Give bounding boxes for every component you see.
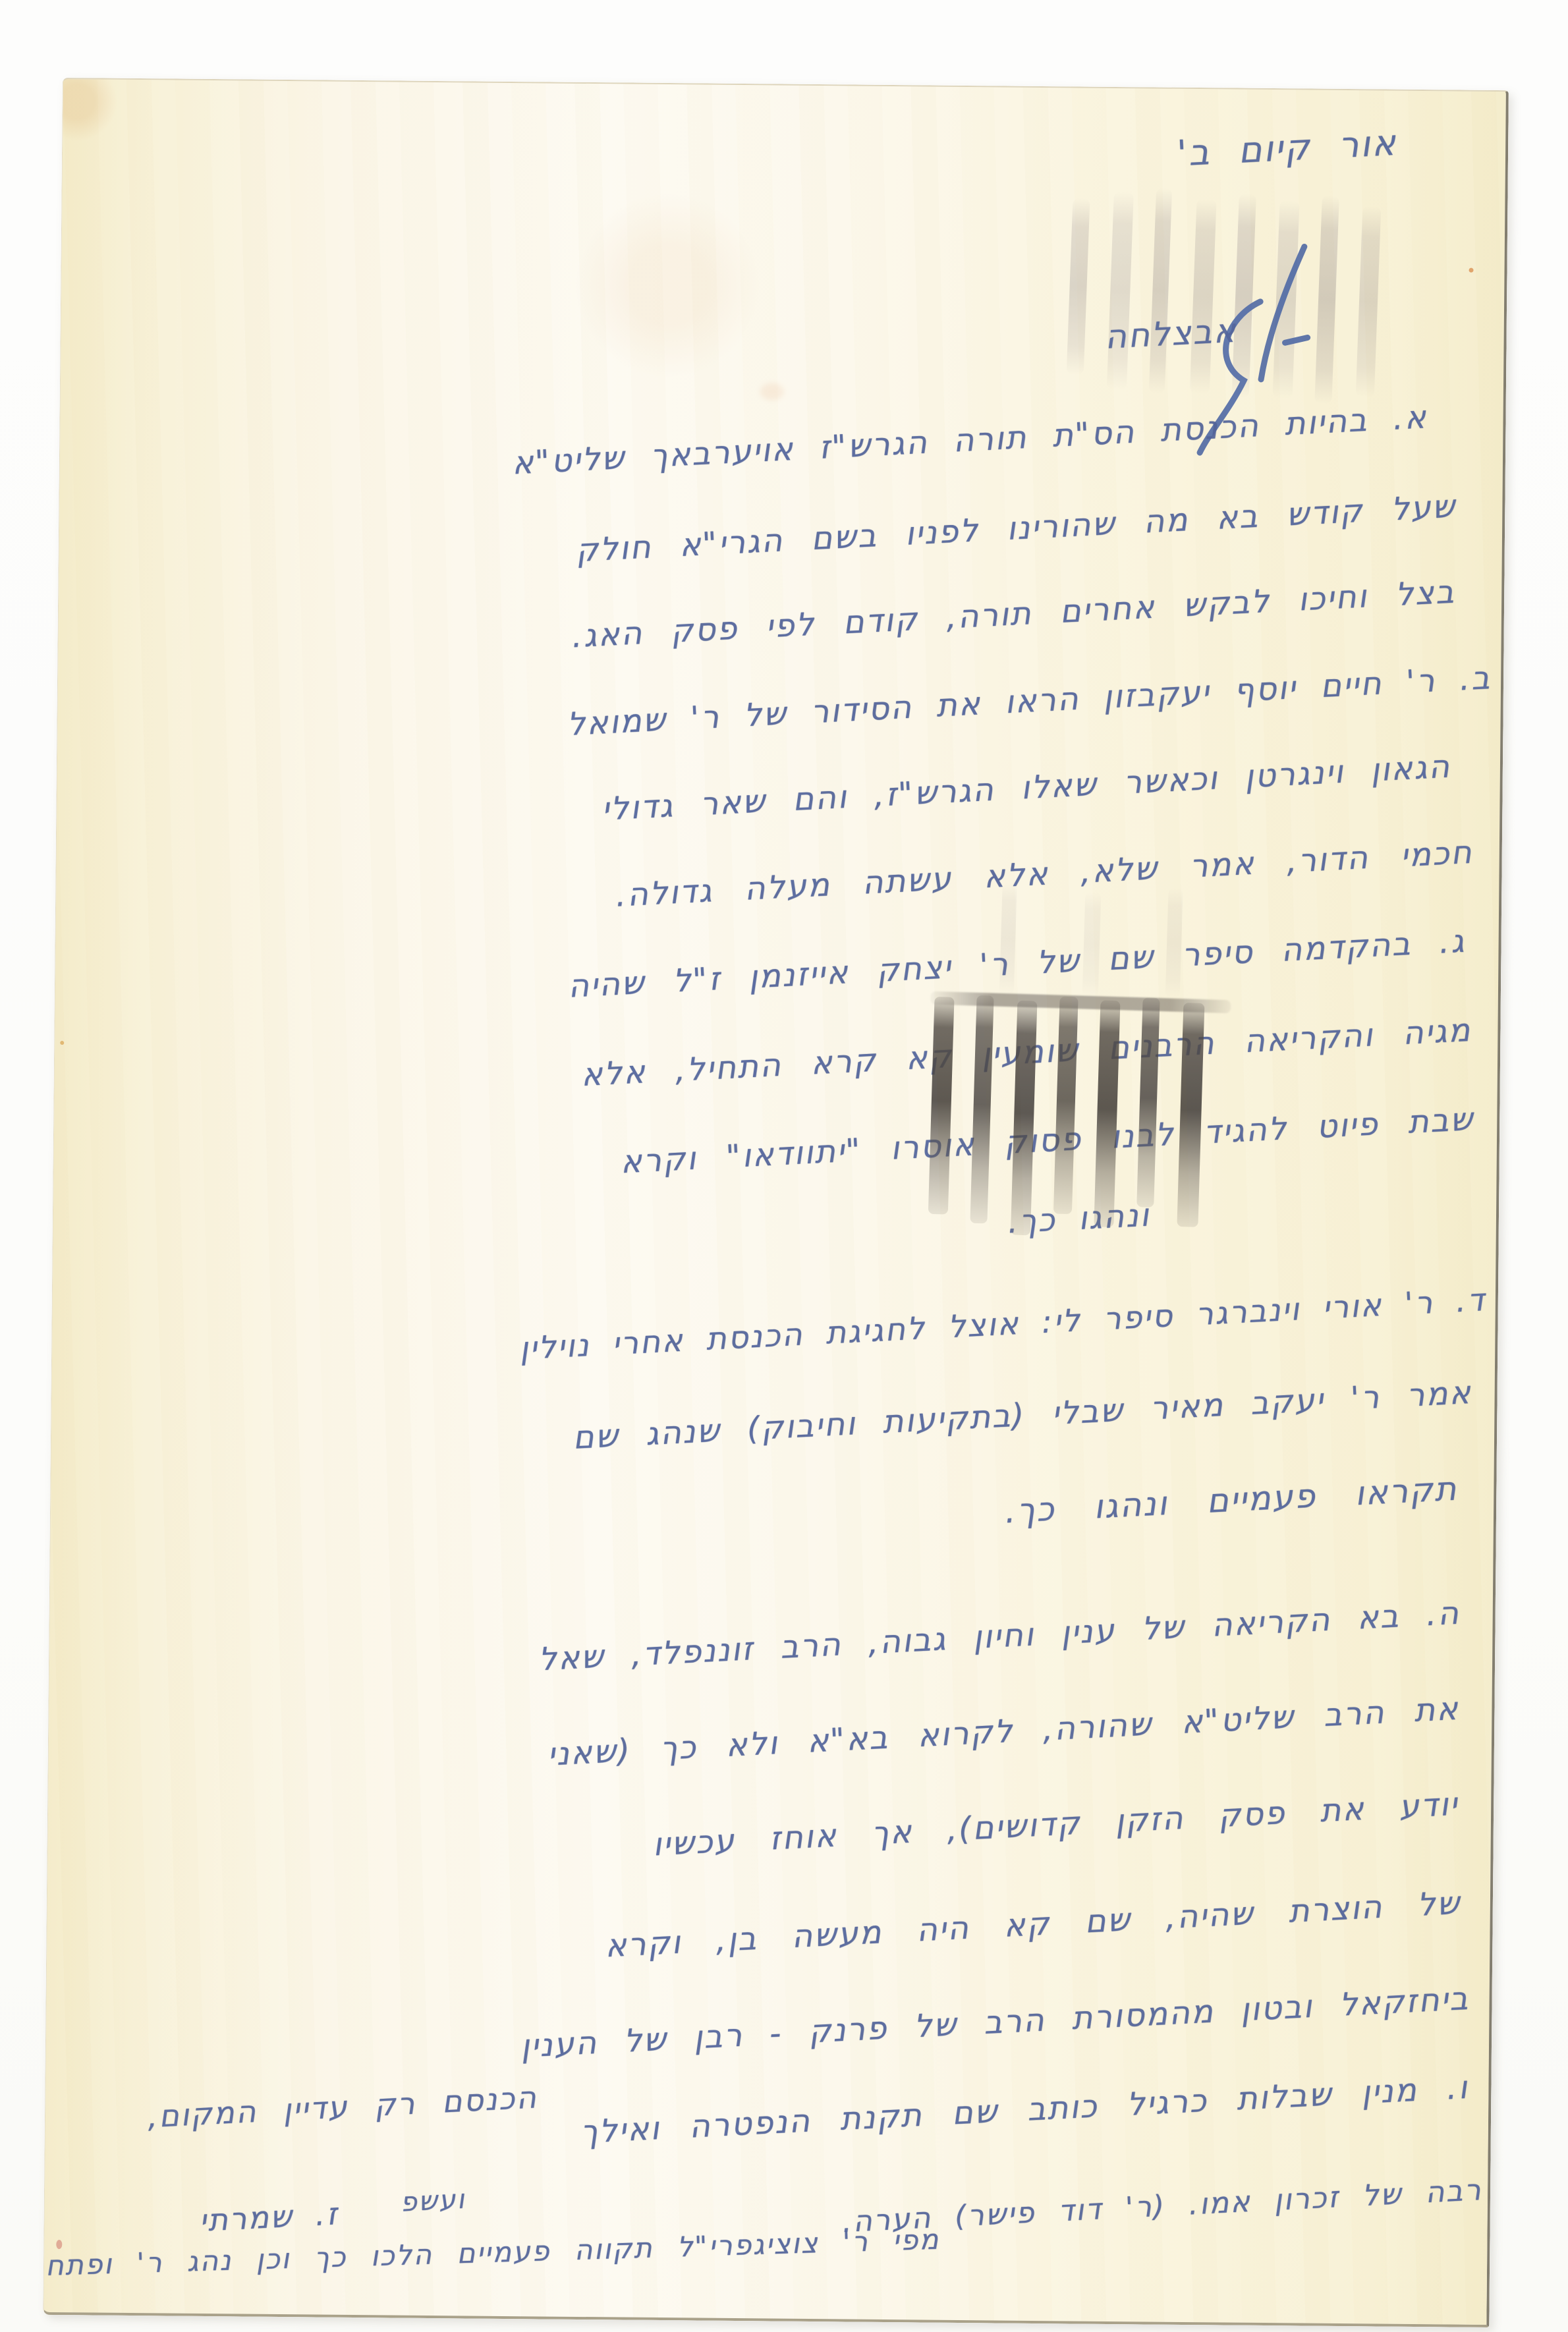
handwriting-line: ז. שמרתי [198, 2196, 339, 2238]
stamp-bar [1149, 188, 1172, 394]
paper-speck [60, 1041, 64, 1045]
handwriting-line: ד. ר' אורי וינברגר סיפר לי: אוצל לחגיגת … [518, 1282, 1486, 1367]
stamp-bar [1165, 887, 1183, 999]
redaction-bar [1011, 1001, 1038, 1236]
blessing-word: אבצלחה [1104, 312, 1238, 356]
stamp-bar [1356, 206, 1382, 398]
letter-paper: אור קיום ב' אבצלחה א. בהיות הכנסת הס"ת ת… [43, 78, 1509, 2327]
paper-speck [56, 2240, 62, 2249]
stamp-bar [1082, 892, 1102, 998]
handwriting-line: ביחזקאל ובטון מהמסורת הרב של פרנק - רבן … [520, 1980, 1471, 2065]
redaction-bar [928, 997, 955, 1215]
handwriting-line: יודע את פסק הזקן קדושים), אך אוחז עכשיו [652, 1786, 1459, 1864]
handwriting-line: הגאון וינגרטן וכאשר שאלו הגרש"ז, והם שאר… [601, 748, 1451, 827]
redaction-bar [1053, 996, 1078, 1214]
redaction-bar [1177, 1003, 1204, 1227]
paper-speck [760, 383, 784, 400]
stamp-bar [1107, 192, 1134, 390]
handwriting-line: הכנסם רק עדיין המקום, [147, 2079, 539, 2134]
marginal-word: ועשפ [400, 2184, 466, 2218]
handwriting-line: תקראו פעמיים ונהגו כך. [1004, 1470, 1459, 1531]
redaction-bar [1094, 1000, 1120, 1227]
redaction-bar [1136, 997, 1160, 1208]
handwriting-line: של הוצרת שהיה, שם קא היה מעשה בן, וקרא [604, 1885, 1462, 1965]
handwriting-line: ו. מנין שבלות כרגיל כותב שם תקנת הנפטרה … [580, 2069, 1470, 2151]
stamp-bar [1067, 198, 1090, 375]
page-title: אור קיום ב' [1176, 122, 1398, 175]
paper-speck [1469, 268, 1474, 273]
handwriting-line: אמר ר' יעקב מאיר שבלי (בתקיעות וחיבוק) ש… [571, 1374, 1472, 1457]
handwriting-line: בצל וחיכו לבקש אחרים תורה, קודם לפי פסק … [571, 574, 1457, 655]
handwriting-line: שעל קודש בא מה שהורינו לפניו בשם הגרי"א … [575, 488, 1457, 570]
handwriting-line: חכמי הדור, אמר שלא, אלא עשתה מעלה גדולה. [615, 834, 1474, 914]
scanner-background: אור קיום ב' אבצלחה א. בהיות הכנסת הס"ת ת… [0, 0, 1568, 2332]
handwriting-line: את הרב שליט"א שהורה, לקרוא בא"א ולא כך (… [546, 1690, 1459, 1773]
redaction-bars [923, 980, 1241, 1252]
redaction-bar [970, 995, 994, 1224]
handwriting-line: ב. ר' חיים יוסף יעקבזון הראו את הסידור ש… [566, 659, 1492, 743]
handwriting-line: א. בהיות הכנסת הס"ת תורה הגרש"ז אויערבאך… [511, 399, 1428, 482]
handwriting-line: ה. בא הקריאה של ענין וחיון גבוה, הרב זונ… [538, 1595, 1461, 1679]
handwriting-line: מפי ר' צוציגפרי"ל תקווה פעמיים הלכו כך ו… [45, 2223, 940, 2282]
